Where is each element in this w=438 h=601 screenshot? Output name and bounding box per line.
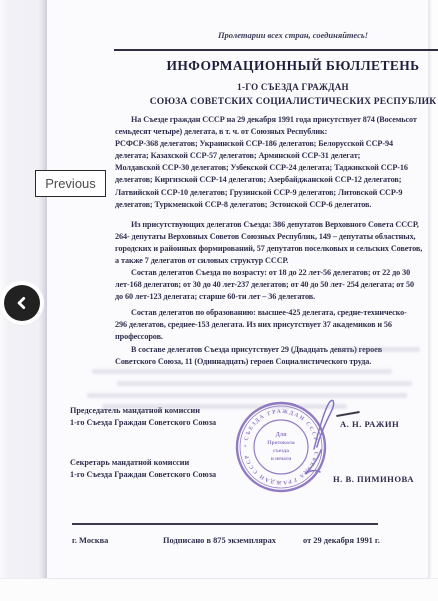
stamp-center-line: Для xyxy=(276,432,287,438)
paragraph-line: 264- депутаты Верховных Советов Союзных … xyxy=(115,231,438,243)
viewer-background xyxy=(0,578,438,601)
document-viewer: Пролетарии всех стран, соединяйтесь! ИНФ… xyxy=(0,0,438,601)
document-title: ИНФОРМАЦИОННЫЙ БЮЛЛЕТЕНЬ xyxy=(105,58,438,74)
paragraph-delegates-by-education: Состав делегатов по образованию: высшее-… xyxy=(115,307,438,343)
paragraph-line: Молдавской ССР-30 делегатов; Узбекской С… xyxy=(115,162,438,174)
document-subtitle-1: 1-ГО СЪЕЗДА ГРАЖДАН xyxy=(115,82,438,92)
header-rule xyxy=(114,49,438,51)
chairman-role-line1: Председатель мандатной комиссии xyxy=(70,406,200,415)
bleed-through-text xyxy=(117,381,412,386)
chevron-left-icon xyxy=(15,296,29,310)
paragraph-delegates-by-republic: На Съезде граждан СССР на 29 декабря 199… xyxy=(115,114,438,211)
secretary-role-line2: 1-го Съезда Граждан Советского Союза xyxy=(70,470,216,479)
secretary-role-line1: Секретарь мандатной комиссии xyxy=(70,458,189,467)
paragraph-line: до 60 лет-123 делегата; старше 60-ти лет… xyxy=(115,291,438,303)
paragraph-line: 296 делегатов, среднее-153 делегата. Из … xyxy=(115,319,438,331)
previous-button[interactable]: Previous xyxy=(35,170,106,197)
paragraph-line: а также 7 делегатов от силовых структур … xyxy=(115,255,438,267)
stamp-center-line: Протокола xyxy=(267,440,295,446)
footer-rule xyxy=(72,523,378,525)
paragraph-line: делегата; Казахской ССР-57 делегатов; Ар… xyxy=(115,150,438,162)
back-button[interactable] xyxy=(4,285,40,321)
paragraph-deputies-breakdown: Из присутствующих делегатов Съезда: 386 … xyxy=(115,219,438,267)
document-subtitle-2: СОЮЗА СОВЕТСКИХ СОЦИАЛИСТИЧЕСКИХ РЕСПУБЛ… xyxy=(115,97,438,107)
paragraph-line: Состав делегатов по образованию: высшее-… xyxy=(115,307,438,319)
paragraph-line: делегатов; Туркменской ССР-8 делегатов; … xyxy=(115,199,438,211)
paragraph-line: Советского Союза, 11 (Одиннадцать) герое… xyxy=(115,356,438,368)
paragraph-line: городских и районных формирований, 57 де… xyxy=(115,243,438,255)
paragraph-line: профессоров. xyxy=(115,331,438,343)
footer-copies: Подписано в 875 экземплярах xyxy=(163,536,276,545)
stamp-center-line: съезда xyxy=(273,448,289,454)
chairman-role-line2: 1-го Съезда Граждан Советского Союза xyxy=(70,418,216,427)
paragraph-line: семьдесят четыре) делегата, в т. ч. от С… xyxy=(115,126,438,138)
document-motto: Пролетарии всех стран, соединяйтесь! xyxy=(115,30,438,40)
stamp-center-line: и печати xyxy=(271,456,291,462)
paragraph-line: лет-168 делегатов; от 30 до 40 лет-237 д… xyxy=(115,279,438,291)
chairman-name: А. Н. РАЖИН xyxy=(340,419,399,429)
paragraph-line: делегатов; Киргизской ССР-14 делегатов; … xyxy=(115,174,438,186)
paragraph-line: Состав делегатов Съезда по возрасту: от … xyxy=(115,267,438,279)
official-stamp: • СЪЕЗДА ГРАЖДАН СССР • СЪЕЗДА ГРАЖДАН С… xyxy=(221,387,341,507)
bleed-through-text xyxy=(92,369,392,374)
footer-city: г. Москва xyxy=(72,536,108,545)
paragraph-delegates-by-age: Состав делегатов Съезда по возрасту: от … xyxy=(115,267,438,303)
paragraph-line: Латвийской ССР-10 делегатов; Грузинской … xyxy=(115,187,438,199)
secretary-name: Н. В. ПИМИНОВА xyxy=(333,474,414,484)
paragraph-line: На Съезде граждан СССР на 29 декабря 199… xyxy=(115,114,438,126)
paragraph-line: Из присутствующих делегатов Съезда: 386 … xyxy=(115,219,438,231)
bleed-through-text xyxy=(335,347,420,352)
paragraph-line: РСФСР-368 делегатов; Украинской ССР-186 … xyxy=(115,138,438,150)
footer-date: от 29 декабря 1991 г. xyxy=(303,536,380,545)
